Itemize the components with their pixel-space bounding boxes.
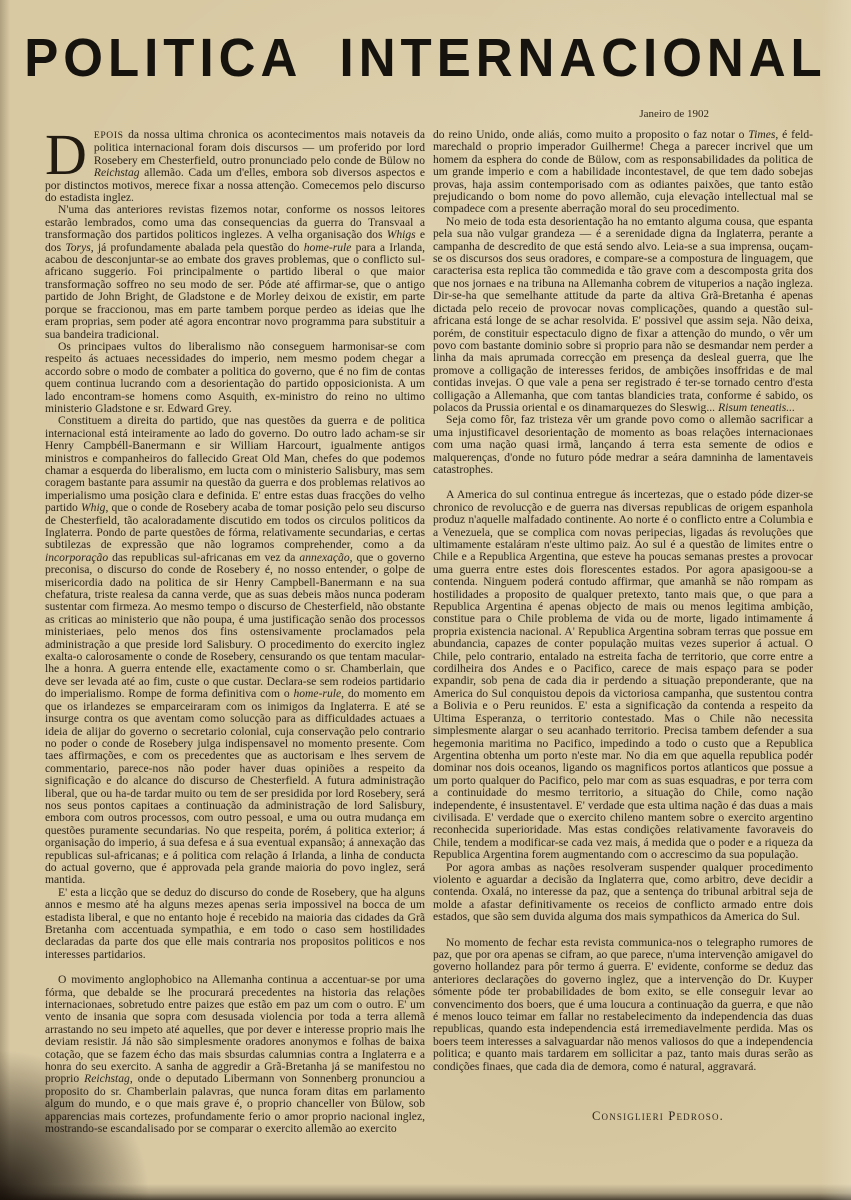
paragraph: Os principaes vultos do liberalismo não … (45, 341, 425, 415)
page-title: POLITICA INTERNACIONAL (0, 26, 851, 89)
text-column-right: do reino Unido, onde aliás, como muito a… (433, 129, 813, 1136)
italic-run: Risum teneatis... (718, 401, 795, 414)
article-body: DEPOIS da nossa ultima chronica os acont… (45, 129, 813, 1136)
italic-run: home-rule (293, 687, 341, 700)
text-column-left: DEPOIS da nossa ultima chronica os acont… (45, 129, 425, 1136)
author-signature: Consiglieri Pedroso. (433, 1109, 813, 1124)
paragraph: E' esta a licção que se deduz do discurs… (45, 887, 425, 961)
italic-run: Times (748, 128, 775, 141)
text-run: Constituem a direita do partido, que nas… (45, 414, 425, 514)
italic-run: annexação (299, 551, 349, 564)
text-run: , é feld-marechald o proprio imperador G… (433, 128, 813, 215)
italic-run: Reichstag (94, 166, 140, 179)
italic-run: Whigs (387, 228, 416, 241)
text-run: No meio de toda esta desorientação ha no… (433, 215, 813, 414)
paragraph: No momento de fechar esta revista commun… (433, 937, 813, 1073)
italic-run: incorporação (45, 551, 108, 564)
paragraph: Seja como fôr, faz tristeza vêr um grand… (433, 414, 813, 476)
text-run: para a Irlanda, acabou de desconjuntar-s… (45, 241, 425, 341)
paragraph: DEPOIS da nossa ultima chronica os acont… (45, 129, 425, 204)
text-run: , que o governo preconisa, o discurso do… (45, 551, 425, 700)
text-run: , já profundamente abalada pela questão … (91, 241, 304, 254)
text-run: Seja como fôr, faz tristeza vêr um grand… (433, 413, 813, 476)
text-run: , do momento em que os irlandezes se emp… (45, 687, 425, 886)
italic-run: home-rule (304, 241, 352, 254)
text-run: Os principaes vultos do liberalismo não … (45, 340, 425, 415)
text-run: O movimento anglophobico na Allemanha co… (45, 973, 425, 1085)
paragraph: Constituem a direita do partido, que nas… (45, 415, 425, 886)
text-column-right-paragraphs: do reino Unido, onde aliás, como muito a… (433, 129, 813, 1073)
text-run: da nossa ultima chronica os aconteciment… (94, 128, 425, 167)
italic-run: Whig (81, 501, 105, 514)
italic-run: Reichstag (84, 1072, 130, 1085)
paragraph: do reino Unido, onde aliás, como muito a… (433, 129, 813, 216)
paragraph: A America do sul continua entregue ás in… (433, 489, 813, 861)
paragraph: No meio de toda esta desorientação ha no… (433, 216, 813, 415)
paragraph: N'uma das anteriores revistas fizemos no… (45, 204, 425, 340)
italic-run: Torys (65, 241, 90, 254)
issue-date: Janeiro de 1902 (639, 108, 709, 120)
text-run: EPOIS (94, 130, 124, 141)
drop-cap: D (45, 129, 94, 178)
paragraph: Por agora ambas as nações resolveram sus… (433, 862, 813, 924)
paragraph: O movimento anglophobico na Allemanha co… (45, 974, 425, 1135)
scanned-page: POLITICA INTERNACIONAL Janeiro de 1902 D… (0, 0, 851, 1200)
text-run: Por agora ambas as nações resolveram sus… (433, 861, 813, 924)
text-run: No momento de fechar esta revista commun… (433, 936, 813, 1073)
text-run: E' esta a licção que se deduz do discurs… (45, 886, 425, 961)
text-run: N'uma das anteriores revistas fizemos no… (45, 203, 425, 241)
text-run: A America do sul continua entregue ás in… (433, 488, 813, 861)
text-run: das republicas sul-africanas em vez da (108, 551, 299, 564)
text-run: do reino Unido, onde aliás, como muito a… (433, 128, 748, 141)
